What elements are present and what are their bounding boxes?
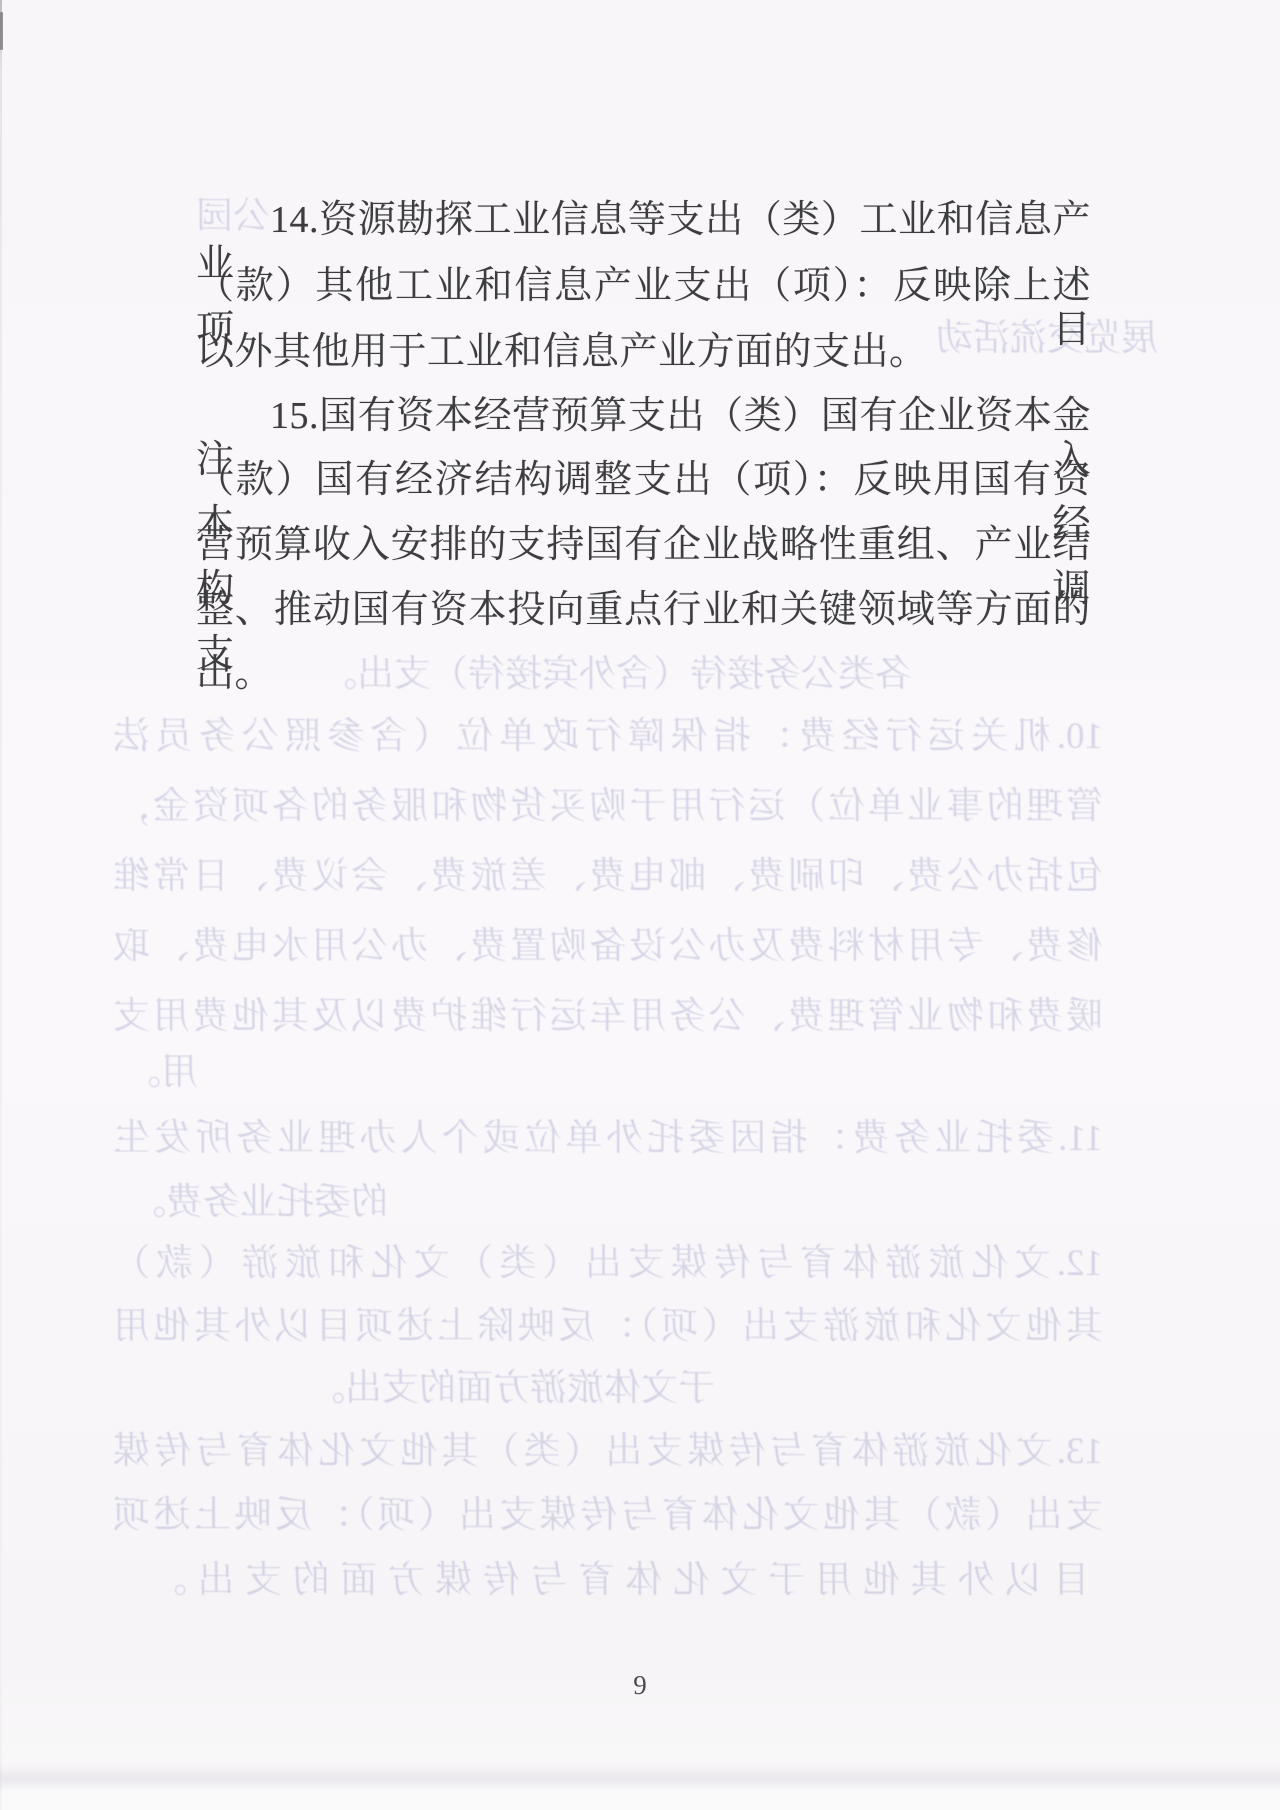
bleedthrough-line: 其他文化和旅游支出（项）：反映除上述项目以外其他用 bbox=[113, 1306, 1103, 1350]
bleedthrough-line: 管理的事业单位）运行用于购买货物和服务的各项资金， bbox=[113, 786, 1103, 830]
bleedthrough-line: 包括办公费、印刷费、邮电费、差旅费、会议费、日常维 bbox=[113, 856, 1103, 900]
bleedthrough-line: 支出（款）其他文化体育与传媒支出（项）：反映上述项 bbox=[113, 1495, 1103, 1539]
scan-left-edge bbox=[0, 0, 2, 1810]
paragraph-15-line-5: 出。 bbox=[196, 652, 1091, 698]
paragraph-14-line-3: 以外其他用于工业和信息产业方面的支出。 bbox=[196, 330, 1091, 376]
paragraph-14-line-2: （款）其他工业和信息产业支出（项）：反映除上述项目 bbox=[196, 264, 1091, 310]
bleedthrough-line: 13.文化旅游体育与传媒支出（类）其他文化体育与传媒 bbox=[113, 1431, 1103, 1475]
bleedthrough-line: 用。 bbox=[113, 1052, 198, 1096]
scan-bottom-shadow bbox=[0, 1762, 1280, 1792]
scanned-document-page: 公园 展览交流活动 各类公务接待（含外宾接待）支出。 10.机关运行经费：指保障… bbox=[0, 0, 1280, 1810]
bleedthrough-line: 修费、专用材料费及办公设备购置费、办公用水电费、取 bbox=[113, 926, 1103, 970]
bleedthrough-line: 于文体旅游方面的支出。 bbox=[295, 1368, 715, 1412]
page-number: 9 bbox=[0, 1670, 1280, 1701]
bleedthrough-line: 暖费和物业管理费、公务用车运行维护费以及其他费用支 bbox=[113, 996, 1103, 1040]
bleedthrough-line: 11.委托业务费：指因委托外单位或个人办理业务所发生 bbox=[113, 1118, 1103, 1162]
paragraph-15-line-2: （款）国有经济结构调整支出（项）：反映用国有资本经 bbox=[196, 458, 1091, 504]
paragraph-15-line-4: 整、推动国有资本投向重点行业和关键领域等方面的支 bbox=[196, 588, 1091, 634]
scan-corner-mark bbox=[0, 12, 3, 50]
paragraph-15-line-1: 15.国有资本经营预算支出（类）国有企业资本金注入 bbox=[196, 394, 1091, 440]
paragraph-15-line-3: 营预算收入安排的支持国有企业战略性重组、产业结构调 bbox=[196, 523, 1091, 569]
bleedthrough-line: 目以外其他用于文化体育与传媒方面的支出。 bbox=[150, 1560, 1090, 1604]
paragraph-14-line-1: 14.资源勘探工业信息等支出（类）工业和信息产业 bbox=[196, 198, 1091, 244]
bleedthrough-line: 12.文化旅游体育与传媒支出（类）文化和旅游（款） bbox=[113, 1243, 1103, 1287]
bleedthrough-line: 的委托业务费。 bbox=[113, 1182, 388, 1226]
bleedthrough-line: 10.机关运行经费：指保障行政单位（含参照公务员法 bbox=[113, 716, 1103, 760]
